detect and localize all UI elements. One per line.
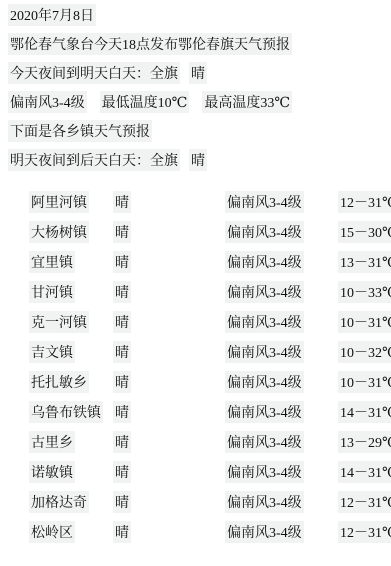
- table-row: 宜里镇 晴 偏南风3-4级 13－31℃: [8, 235, 391, 265]
- bulletin-date: 2020年7月8日: [8, 4, 96, 26]
- issue-line: 鄂伦春气象台今天18点发布鄂伦春旗天气预报: [8, 29, 391, 58]
- section-intro: 下面是各乡镇天气预报: [8, 120, 152, 142]
- temp-range: 12－31℃: [338, 521, 391, 543]
- forecast-table: 阿里河镇 晴 偏南风3-4级 12－31℃ 大杨树镇 晴 偏南风3-4级 15－…: [8, 175, 391, 535]
- temp-cell: 12－31℃: [317, 505, 391, 559]
- table-row: 诺敏镇 晴 偏南风3-4级 14－31℃: [8, 445, 391, 475]
- wind-cell: 偏南风3-4级: [204, 505, 317, 559]
- town-cell: 松岭区: [8, 505, 92, 559]
- wind-value: 偏南风3-4级: [225, 521, 304, 543]
- table-row: 乌鲁布铁镇 晴 偏南风3-4级 14－31℃: [8, 385, 391, 415]
- date-line: 2020年7月8日: [8, 0, 391, 29]
- weather-bulletin-page: 2020年7月8日 鄂伦春气象台今天18点发布鄂伦春旗天气预报 今天夜间到明天白…: [0, 0, 391, 566]
- table-row: 克一河镇 晴 偏南风3-4级 10－31℃: [8, 295, 391, 325]
- table-row: 古里乡 晴 偏南风3-4级 13－29℃: [8, 415, 391, 445]
- period-tomorrow-label: 明天夜间到后天白天：全旗: [8, 149, 180, 171]
- summary-high-temp: 最高温度33℃: [202, 91, 292, 113]
- period-today-line: 今天夜间到明天白天：全旗 晴: [8, 58, 391, 87]
- period-tomorrow-line: 明天夜间到后天白天：全旗 晴: [8, 145, 391, 174]
- summary-wind: 偏南风3-4级: [8, 91, 87, 113]
- table-row: 大杨树镇 晴 偏南风3-4级 15－30℃: [8, 205, 391, 235]
- issue-statement: 鄂伦春气象台今天18点发布鄂伦春旗天气预报: [8, 33, 292, 55]
- table-row: 松岭区 晴 偏南风3-4级 12－31℃: [8, 505, 391, 535]
- table-row: 加格达奇 晴 偏南风3-4级 12－31℃: [8, 475, 391, 505]
- period-tomorrow-weather: 晴: [189, 149, 207, 171]
- period-today-label: 今天夜间到明天白天：全旗: [8, 62, 180, 84]
- section-intro-line: 下面是各乡镇天气预报: [8, 116, 391, 145]
- table-row: 阿里河镇 晴 偏南风3-4级 12－31℃: [8, 175, 391, 205]
- summary-today-line: 偏南风3-4级 最低温度10℃ 最高温度33℃: [8, 87, 391, 116]
- table-row: 托扎敏乡 晴 偏南风3-4级 10－31℃: [8, 355, 391, 385]
- table-row: 吉文镇 晴 偏南风3-4级 10－32℃: [8, 325, 391, 355]
- weather-value: 晴: [113, 521, 131, 543]
- summary-low-temp: 最低温度10℃: [100, 91, 190, 113]
- period-today-weather: 晴: [189, 62, 207, 84]
- table-row: 甘河镇 晴 偏南风3-4级 10－33℃: [8, 265, 391, 295]
- weather-cell: 晴: [92, 505, 204, 559]
- town-name: 松岭区: [29, 521, 75, 543]
